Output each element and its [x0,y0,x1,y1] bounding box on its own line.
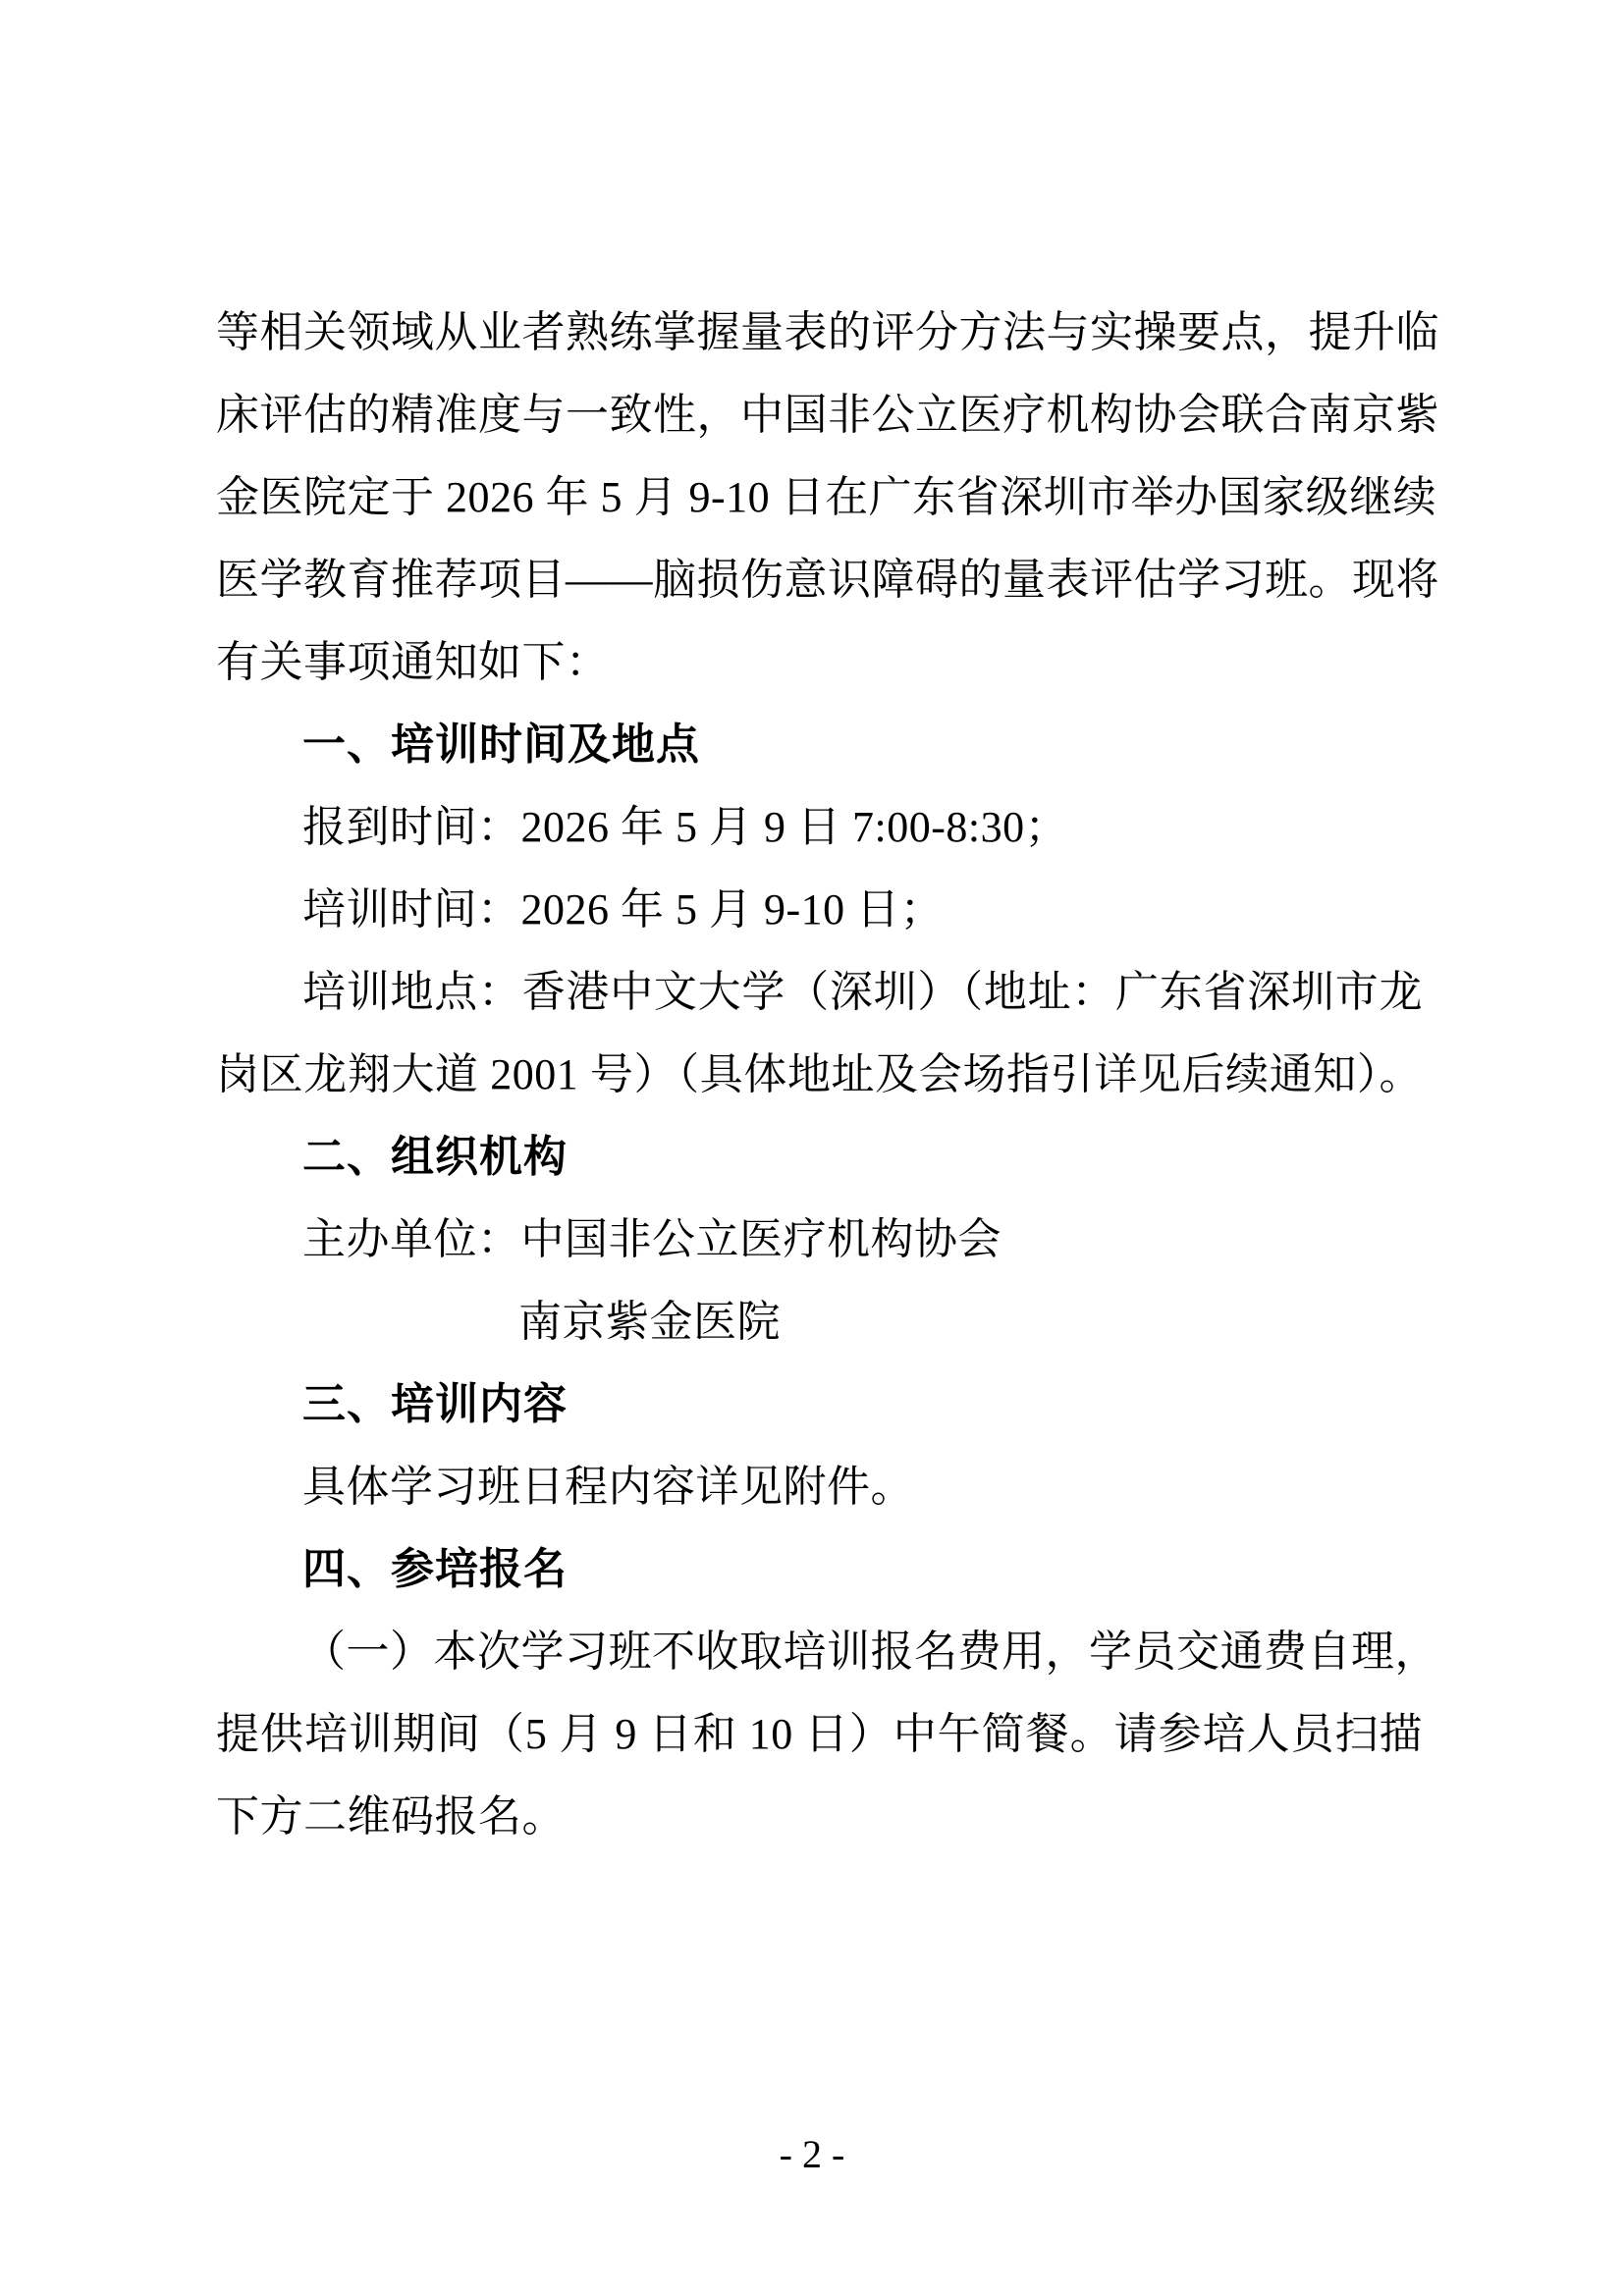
text-line: （一）本次学习班不收取培训报名费用，学员交通费自理， [216,1611,1423,1693]
text-line: 提供培训期间（5 月 9 日和 10 日）中午简餐。请参培人员扫描 [216,1693,1423,1776]
section-heading: 一、培训时间及地点 [216,704,1423,786]
page-number: - 2 - [0,2125,1624,2184]
text-line: 岗区龙翔大道 2001 号）（具体地址及会场指引详见后续通知）。 [216,1034,1423,1116]
text-line: 南京紫金医院 [216,1281,1423,1363]
text-line: 有关事项通知如下： [216,621,1423,704]
document-body: 等相关领域从业者熟练掌握量表的评分方法与实操要点，提升临床评估的精准度与一致性，… [216,292,1423,1858]
text-line: 主办单位：中国非公立医疗机构协会 [216,1199,1423,1281]
section-heading: 三、培训内容 [216,1363,1423,1446]
section-heading: 四、参培报名 [216,1528,1423,1611]
text-line: 床评估的精准度与一致性，中国非公立医疗机构协会联合南京紫 [216,374,1423,456]
text-line: 具体学习班日程内容详见附件。 [216,1446,1423,1528]
section-heading: 二、组织机构 [216,1116,1423,1199]
text-line: 报到时间：2026 年 5 月 9 日 7:00-8:30； [216,786,1423,869]
text-line: 等相关领域从业者熟练掌握量表的评分方法与实操要点，提升临 [216,292,1423,374]
text-line: 医学教育推荐项目——脑损伤意识障碍的量表评估学习班。现将 [216,539,1423,621]
text-line: 金医院定于 2026 年 5 月 9-10 日在广东省深圳市举办国家级继续 [216,456,1423,539]
text-line: 培训时间：2026 年 5 月 9-10 日； [216,869,1423,951]
document-page: 等相关领域从业者熟练掌握量表的评分方法与实操要点，提升临床评估的精准度与一致性，… [0,0,1624,2296]
text-line: 培训地点：香港中文大学（深圳）（地址：广东省深圳市龙 [216,951,1423,1034]
text-line: 下方二维码报名。 [216,1776,1423,1858]
